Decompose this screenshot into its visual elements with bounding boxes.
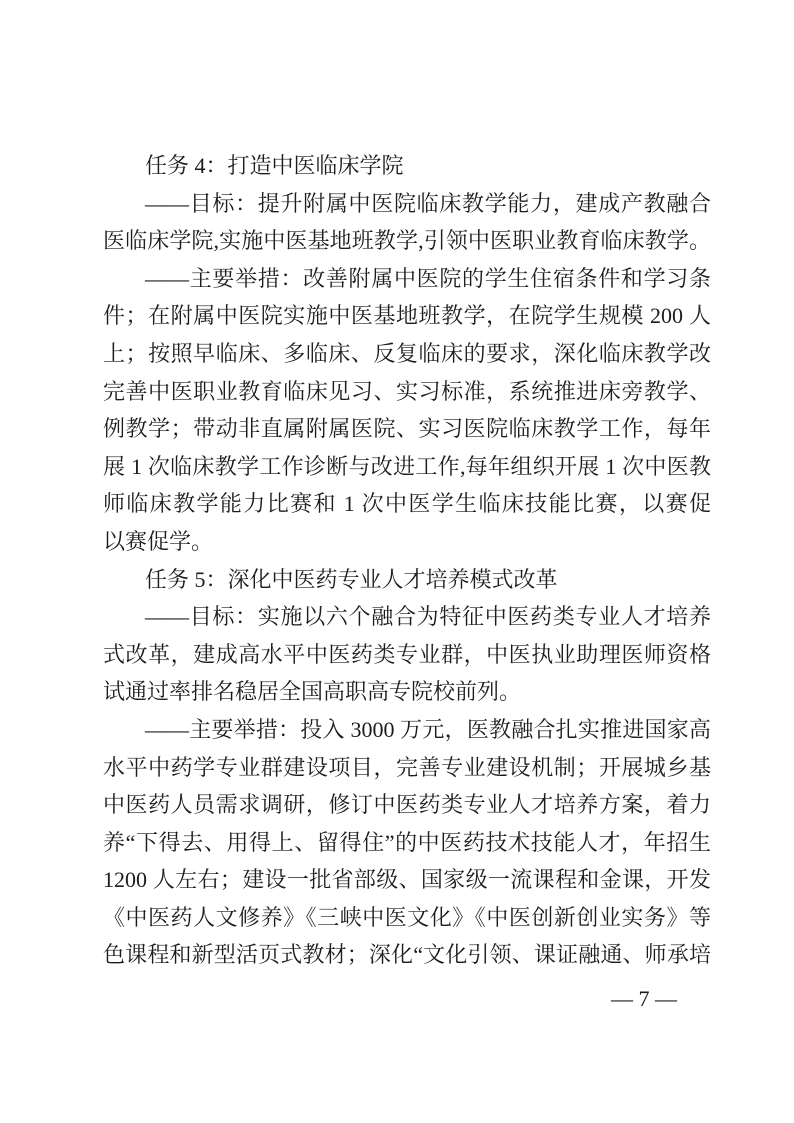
document-body: 任务 4：打造中医临床学院 ——目标：提升附属中医院临床教学能力，建成产教融合中… [103, 147, 711, 974]
task4-measures-line: 件；在附属中医院实施中医基地班教学，在院学生规模 200 人以 [103, 297, 711, 335]
task4-measures-line: 师临床教学能力比赛和 1 次中医学生临床技能比赛，以赛促教， [103, 485, 711, 523]
task5-goal-line: 式改革，建成高水平中医药类专业群，中医执业助理医师资格考 [103, 636, 711, 674]
task5-measures-line: 《中医药人文修养》《三峡中医文化》《中医创新创业实务》等特 [103, 899, 711, 937]
task4-measures-line: 展 1 次临床教学工作诊断与改进工作,每年组织开展 1 次中医教 [103, 448, 711, 486]
task5-measures-line: 中医药人员需求调研，修订中医药类专业人才培养方案，着力培 [103, 786, 711, 824]
task5-measures-line: ——主要举措：投入 3000 万元，医教融合扎实推进国家高 [103, 711, 711, 749]
page-number: — 7 — [596, 984, 692, 1014]
task5-goal-line: ——目标：实施以六个融合为特征中医药类专业人才培养模 [103, 598, 711, 636]
task5-measures-line: 1200 人左右；建设一批省部级、国家级一流课程和金课，开发 [103, 861, 711, 899]
task5-heading: 任务 5：深化中医药专业人才培养模式改革 [103, 561, 711, 599]
task4-heading: 任务 4：打造中医临床学院 [103, 147, 711, 185]
task4-measures-line: 例教学；带动非直属附属医院、实习医院临床教学工作，每年开 [103, 410, 711, 448]
task4-measures-line: 完善中医职业教育临床见习、实习标准，系统推进床旁教学、案 [103, 373, 711, 411]
task4-measures-line: 以赛促学。 [103, 523, 711, 561]
task5-measures-line: 水平中药学专业群建设项目，完善专业建设机制；开展城乡基层 [103, 749, 711, 787]
task4-measures-line: 上；按照早临床、多临床、反复临床的要求，深化临床教学改革， [103, 335, 711, 373]
task5-measures-line: 色课程和新型活页式教材；深化“文化引领、课证融通、师承培 [103, 936, 711, 974]
task4-measures-line: ——主要举措：改善附属中医院的学生住宿条件和学习条 [103, 260, 711, 298]
task5-measures-line: 养“下得去、用得上、留得住”的中医药技术技能人才，年招生 [103, 824, 711, 862]
task4-goal-line: 医临床学院,实施中医基地班教学,引领中医职业教育临床教学。 [103, 222, 711, 260]
document-page: 任务 4：打造中医临床学院 ——目标：提升附属中医院临床教学能力，建成产教融合中… [0, 0, 794, 1123]
task4-goal-line: ——目标：提升附属中医院临床教学能力，建成产教融合中 [103, 185, 711, 223]
task5-goal-line: 试通过率排名稳居全国高职高专院校前列。 [103, 673, 711, 711]
